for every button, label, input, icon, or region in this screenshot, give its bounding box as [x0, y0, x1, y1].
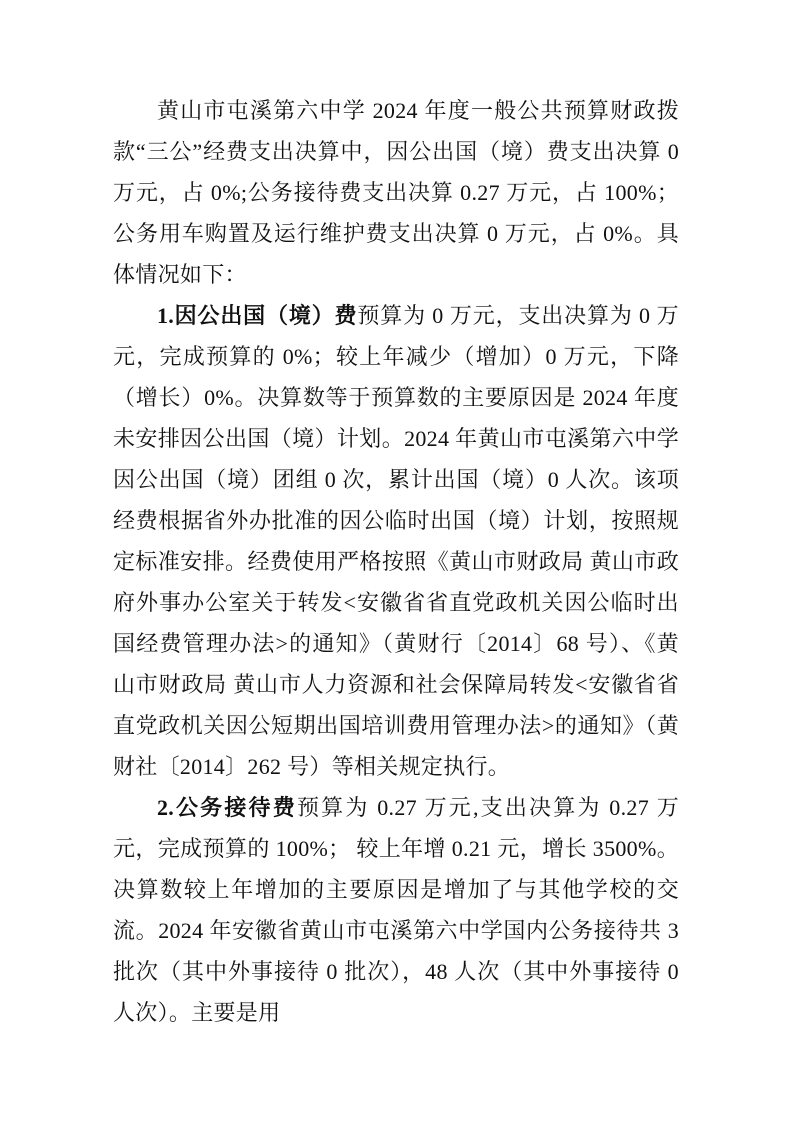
paragraph-overseas-expense-text: 预算为 0 万元，支出决算为 0 万元，完成预算的 0%；较上年减少（增加）0 … [113, 303, 679, 779]
paragraph-reception-expense: 2.公务接待费预算为 0.27 万元,支出决算为 0.27 万元，完成预算的 1… [113, 787, 679, 1033]
document-page: 黄山市屯溪第六中学 2024 年度一般公共预算财政拨款“三公”经费支出决算中，因… [0, 0, 793, 1122]
paragraph-reception-expense-text: 预算为 0.27 万元,支出决算为 0.27 万元，完成预算的 100%； 较上… [113, 795, 679, 1025]
paragraph-reception-expense-lead: 2.公务接待费 [157, 795, 297, 820]
paragraph-intro-text: 黄山市屯溪第六中学 2024 年度一般公共预算财政拨款“三公”经费支出决算中，因… [113, 98, 679, 287]
paragraph-intro: 黄山市屯溪第六中学 2024 年度一般公共预算财政拨款“三公”经费支出决算中，因… [113, 90, 679, 295]
paragraph-overseas-expense-lead: 1.因公出国（境）费 [157, 303, 357, 328]
document-body: 黄山市屯溪第六中学 2024 年度一般公共预算财政拨款“三公”经费支出决算中，因… [113, 90, 679, 1033]
paragraph-overseas-expense: 1.因公出国（境）费预算为 0 万元，支出决算为 0 万元，完成预算的 0%；较… [113, 295, 679, 787]
